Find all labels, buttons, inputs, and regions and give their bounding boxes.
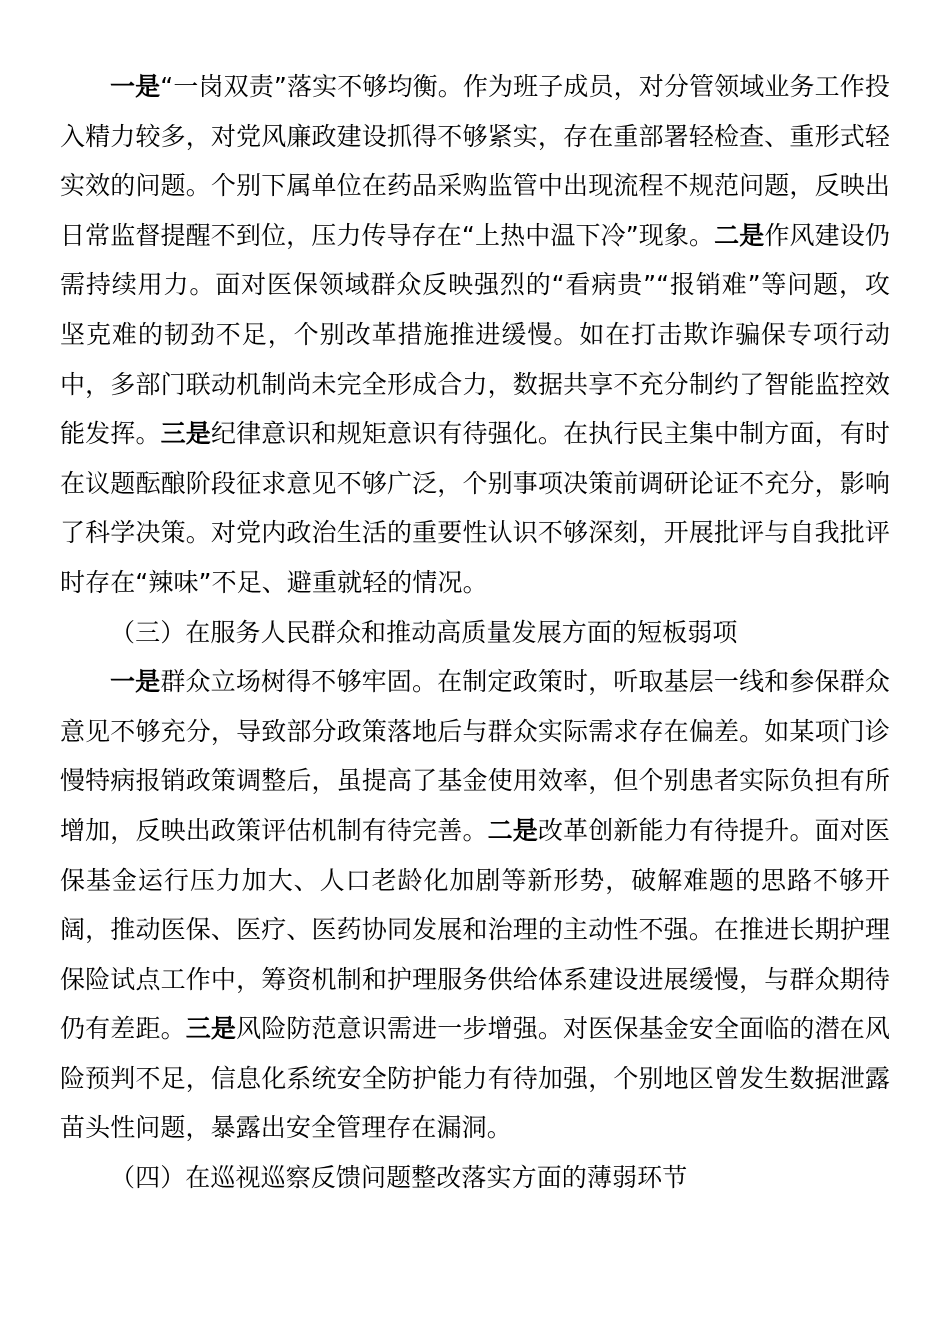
lead-marker-second: 二是 (488, 816, 538, 845)
section-heading-four: （四）在巡视巡察反馈问题整改落实方面的薄弱环节 (60, 1153, 890, 1203)
section-heading-three: （三）在服务人民群众和推动高质量发展方面的短板弱项 (60, 608, 890, 658)
paragraph-work-style-discipline: 一是“一岗双责”落实不够均衡。作为班子成员，对分管领域业务工作投入精力较多，对党… (60, 62, 890, 608)
text-run: 改革创新能力有待提升。面对医保基金运行压力加大、人口老龄化加剧等新形势，破解难题… (60, 816, 890, 1043)
lead-marker-second: 二是 (714, 221, 764, 250)
lead-marker-third: 三是 (161, 419, 211, 448)
paragraph-serving-people-development: 一是群众立场树得不够牢固。在制定政策时，听取基层一线和参保群众意见不够充分，导致… (60, 657, 890, 1153)
lead-marker-first: 一是 (110, 667, 160, 696)
text-run: 作风建设仍需持续用力。面对医保领域群众反映强烈的“看病贵”“报销难”等问题，攻坚… (60, 221, 890, 448)
lead-marker-third: 三是 (186, 1014, 236, 1043)
document-page: 一是“一岗双责”落实不够均衡。作为班子成员，对分管领域业务工作投入精力较多，对党… (0, 0, 950, 1344)
lead-marker-first: 一是 (110, 72, 160, 101)
